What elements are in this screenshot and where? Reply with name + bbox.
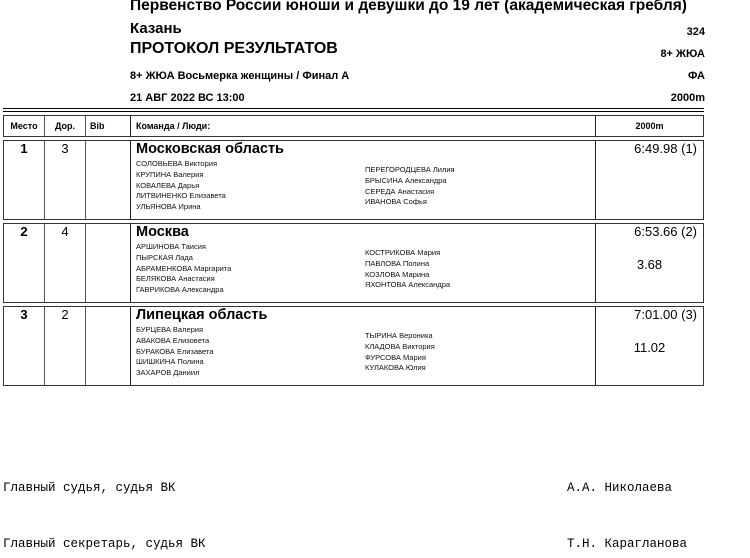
time-delta: 11.02: [596, 340, 703, 355]
team-name: Московская область: [136, 141, 284, 157]
crew-member: АБРАМЕНКОВА Маргарита: [136, 264, 231, 275]
bib: [86, 224, 131, 302]
table-row: 1 3 Московская область СОЛОВЬЕВА Виктори…: [3, 140, 704, 220]
col-team: Команда / Люди:: [131, 116, 596, 136]
crew-member: БРЫСИНА Александра: [365, 176, 455, 187]
crew-member: БЕЛЯКОВА Анастасия: [136, 274, 231, 285]
lane: 3: [45, 141, 86, 219]
crew-list-left: СОЛОВЬЕВА ВикторияКРУПИНА ВалерияКОВАЛЕВ…: [136, 159, 226, 213]
col-place: Место: [4, 116, 45, 136]
team-name: Москва: [136, 224, 189, 240]
crew-member: КЛАДОВА Виктория: [365, 342, 435, 353]
col-bib: Bib: [86, 116, 131, 136]
col-lane: Дор.: [45, 116, 86, 136]
result-cell: 6:53.66 (2) 3.68: [596, 224, 703, 302]
crew-member: КОЗЛОВА Марина: [365, 270, 450, 281]
crew-member: ФУРСОВА Мария: [365, 353, 435, 364]
bib: [86, 307, 131, 385]
crew-member: ПЫРСКАЯ Лада: [136, 253, 231, 264]
crew-list-right: ТЫРИНА ВероникаКЛАДОВА ВикторияФУРСОВА М…: [365, 331, 435, 374]
crew-member: КРУПИНА Валерия: [136, 170, 226, 181]
finish-time: 6:49.98 (1): [634, 141, 697, 156]
results-table-header: Место Дор. Bib Команда / Люди: 2000m: [3, 115, 704, 137]
crew-member: ИВАНОВА Софья: [365, 197, 455, 208]
crew-member: ШИШКИНА Полина: [136, 357, 214, 368]
team-cell: Москва АРШИНОВА ТаисияПЫРСКАЯ ЛадаАБРАМЕ…: [131, 224, 596, 302]
finish-time: 6:53.66 (2): [634, 224, 697, 239]
place: 1: [4, 141, 45, 219]
crew-member: БУРЦЕВА Валерия: [136, 325, 214, 336]
place: 2: [4, 224, 45, 302]
chief-judge-role: Главный судья, судья ВК: [3, 481, 176, 495]
crew-list-right: ПЕРЕГОРОДЦЕВА ЛилияБРЫСИНА АлександраСЕР…: [365, 165, 455, 208]
competition-title: Первенство России юноши и девушки до 19 …: [130, 0, 687, 15]
crew-member: ПЕРЕГОРОДЦЕВА Лилия: [365, 165, 455, 176]
result-cell: 6:49.98 (1): [596, 141, 703, 219]
crew-member: КУЛАКОВА Юлия: [365, 363, 435, 374]
table-row: 3 2 Липецкая область БУРЦЕВА ВалерияАВАК…: [3, 306, 704, 386]
protocol-title: ПРОТОКОЛ РЕЗУЛЬТАТОВ: [130, 40, 338, 58]
team-cell: Московская область СОЛОВЬЕВА ВикторияКРУ…: [131, 141, 596, 219]
crew-member: ЯХОНТОВА Александра: [365, 280, 450, 291]
team-name: Липецкая область: [136, 307, 267, 323]
chief-secretary-name: Т.Н. Карагланова: [567, 537, 687, 551]
crew-member: ЛИТВИНЕНКО Елизавета: [136, 191, 226, 202]
crew-member: ТЫРИНА Вероника: [365, 331, 435, 342]
header-divider: [3, 108, 704, 112]
team-cell: Липецкая область БУРЦЕВА ВалерияАВАКОВА …: [131, 307, 596, 385]
table-row: 2 4 Москва АРШИНОВА ТаисияПЫРСКАЯ ЛадаАБ…: [3, 223, 704, 303]
chief-secretary-role: Главный секретарь, судья ВК: [3, 537, 206, 551]
crew-member: БУРАКОВА Елизавета: [136, 347, 214, 358]
city: Казань: [130, 20, 182, 37]
race-number: 324: [687, 26, 705, 38]
crew-list-right: КОСТРИКОВА МарияПАВЛОВА ПолинаКОЗЛОВА Ма…: [365, 248, 450, 291]
crew-member: КОСТРИКОВА Мария: [365, 248, 450, 259]
crew-member: УЛЬЯНОВА Ирина: [136, 202, 226, 213]
phase-code: ФА: [688, 70, 705, 82]
crew-list-left: АРШИНОВА ТаисияПЫРСКАЯ ЛадаАБРАМЕНКОВА М…: [136, 242, 231, 296]
finish-time: 7:01.00 (3): [634, 307, 697, 322]
lane: 2: [45, 307, 86, 385]
race-datetime: 21 АВГ 2022 ВС 13:00: [130, 92, 245, 104]
lane: 4: [45, 224, 86, 302]
place: 3: [4, 307, 45, 385]
crew-member: ЗАХАРОВ Даниил: [136, 368, 214, 379]
bib: [86, 141, 131, 219]
chief-judge-name: А.А. Николаева: [567, 481, 672, 495]
crew-member: ПАВЛОВА Полина: [365, 259, 450, 270]
time-delta: 3.68: [596, 257, 703, 272]
crew-member: АВАКОВА Елизовета: [136, 336, 214, 347]
distance: 2000m: [671, 92, 705, 104]
event-name: 8+ ЖЮА Восьмерка женщины / Финал А: [130, 70, 349, 82]
crew-member: СОЛОВЬЕВА Виктория: [136, 159, 226, 170]
crew-member: СЕРЕДА Анастасия: [365, 187, 455, 198]
crew-member: ГАВРИКОВА Александра: [136, 285, 231, 296]
crew-member: КОВАЛЕВА Дарья: [136, 181, 226, 192]
crew-list-left: БУРЦЕВА ВалерияАВАКОВА ЕлизоветаБУРАКОВА…: [136, 325, 214, 379]
crew-member: АРШИНОВА Таисия: [136, 242, 231, 253]
event-code: 8+ ЖЮА: [660, 48, 705, 60]
col-result: 2000m: [596, 116, 703, 136]
result-cell: 7:01.00 (3) 11.02: [596, 307, 703, 385]
